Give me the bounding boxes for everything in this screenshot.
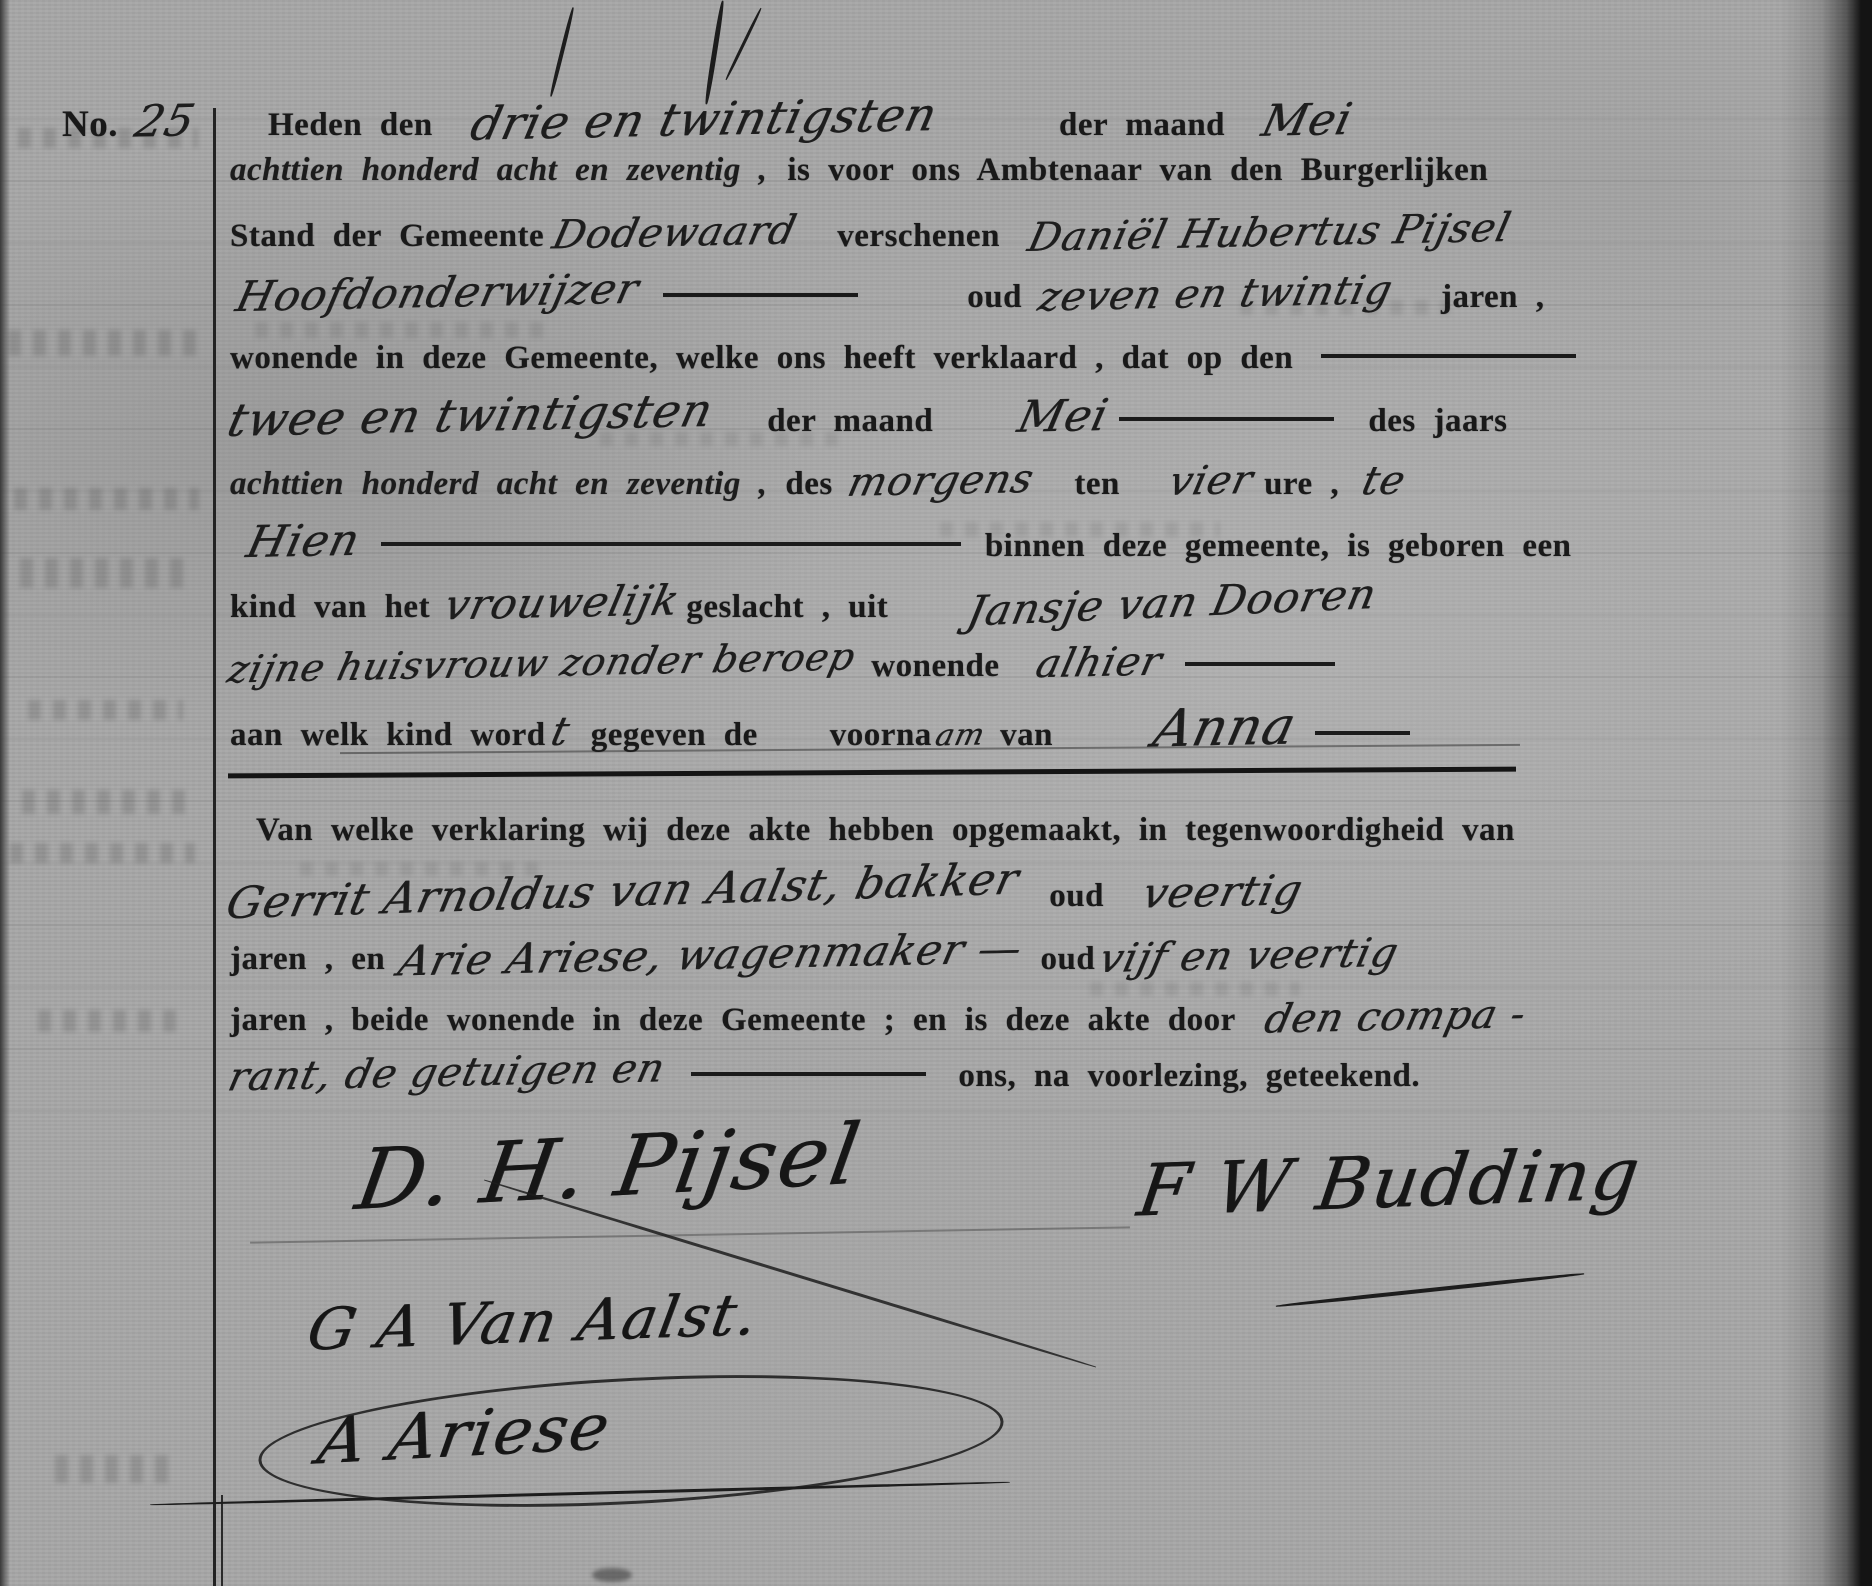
filler-dash [1321,354,1576,358]
act-line-3: Stand der Gemeente Dodewaard verschenen … [230,210,1509,256]
entry-child-name: Anna [1148,697,1302,760]
printed-wonende: wonende [871,648,999,684]
entry-birth-month: Mei [1013,390,1113,443]
bleedthrough-smudge [38,1010,188,1032]
entry-child-gender: vrouwelijk [440,576,685,630]
scanned-birth-record-page: No. 25 Heden den drie en twintigsten der… [0,0,1872,1586]
preprinted-year: achttien honderd acht en zeventig , [230,152,767,188]
printed-oud-2: oud [1049,878,1104,914]
printed-voorlezing-clause: ons, na voorlezing, geteekend. [958,1058,1420,1094]
printed-des: des [785,466,832,502]
filler-dash [1315,731,1410,735]
printed-jaren: jaren , [1441,279,1545,315]
printed-verschenen: verschenen [837,218,1000,254]
printed-wonende-clause: wonende in deze Gemeente, welke ons heef… [230,340,1293,376]
printed-der-maand: der maand [1059,107,1225,143]
filler-dash [381,542,961,546]
entry-witness2-age: vijf en veertig [1095,930,1403,982]
bleedthrough-smudge [55,1455,175,1483]
filler-dash [691,1072,926,1076]
printed-binnen-clause: binnen deze gemeente, is geboren een [985,528,1572,564]
printed-oud-3: oud [1041,941,1096,977]
preprinted-year-2: achttien honderd acht en zeventig , [230,466,767,502]
margin-divider-line [213,108,216,1586]
entry-witness1-name-occupation: Gerrit Arnoldus van Aalst, bakker [222,854,1024,930]
entry-birth-day: twee en twintigsten [223,383,719,447]
bleedthrough-smudge [255,322,555,338]
printed-der-maand-2: der maand [767,403,933,439]
pen-flourish [725,7,763,80]
act-line-5: wonende in deze Gemeente, welke ons heef… [230,340,1576,377]
printed-aan-welk-kind: aan welk kind word [230,717,546,753]
bleedthrough-smudge [14,488,199,510]
filler-dash [1185,662,1335,666]
entry-witness2-name-occupation: Arie Ariese, wagenmaker — [394,924,1028,986]
filler-dash [663,293,858,297]
entry-letter-t: t [546,709,574,755]
ink-blot [592,1568,632,1582]
printed-verklaring-clause: Van welke verklaring wij deze akte hebbe… [256,812,1515,848]
entry-birth-place: Hien [242,515,365,568]
printed-des-jaars: des jaars [1368,403,1507,439]
entry-witness1-age: veertig [1138,865,1308,917]
entry-den-comparant-1: den compa - [1260,991,1531,1042]
signature-registrar: F W Budding [1133,1131,1646,1232]
entry-declarant-age: zeven en twintig [1034,267,1397,320]
entry-birth-hour: vier [1164,457,1257,505]
act-line-1: Heden den drie en twintigsten der maand … [268,92,1351,146]
act-line-14: jaren , en Arie Ariese, wagenmaker — oud… [230,930,1397,979]
printed-geslacht-uit: geslacht , uit [686,589,888,625]
act-line-8: Hien binnen deze gemeente, is geboren ee… [248,516,1571,567]
entry-declarant-occupation: Hoofdonderwijzer [231,264,643,321]
entry-record-day: drie en twintigsten [465,87,942,151]
act-line-12: Van welke verklaring wij deze akte hebbe… [256,812,1515,849]
entry-mother-name: Jansje van Dooren [963,569,1381,636]
printed-gegeven-de: gegeven de [591,717,758,753]
pen-flourish [549,7,575,97]
printed-ure: ure , [1264,466,1339,502]
section-separator-rule [228,767,1516,779]
bleedthrough-smudge [8,330,203,356]
right-page-edge-shadow [1780,0,1872,1586]
entry-municipality: Dodewaard [548,207,801,258]
entry-record-month: Mei [1257,94,1357,147]
signature-underline-flourish [1276,1272,1585,1308]
signature-declarant: D. H. Pijsel [350,1105,868,1229]
printed-jaren-en: jaren , en [230,941,385,977]
filler-dash [1119,417,1334,421]
act-line-15: jaren , beide wonende in deze Gemeente ;… [230,994,1525,1040]
act-line-4: Hoofdonderwijzer oud zeven en twintig ja… [238,268,1545,317]
entry-te: te [1358,458,1410,505]
no-label: No. [62,104,118,145]
entry-mother-residence: alhier [1032,639,1167,688]
printed-ambtenaar-clause: is voor ons Ambtenaar van den Burgerlijk… [787,152,1488,188]
act-line-6: twee en twintigsten der maand Mei des ja… [230,388,1507,442]
entry-daypart: morgens [843,456,1038,506]
signature-witness1: G A Van Aalst. [302,1280,764,1364]
bleedthrough-smudge [10,843,195,863]
act-line-16: rant, de getuigen en ons, na voorlezing,… [230,1050,1420,1096]
act-line-9: kind van het vrouwelijk geslacht , uit J… [230,578,1374,627]
bleedthrough-smudge [20,558,190,588]
entry-den-comparant-2: rant, de getuigen en [224,1045,670,1100]
printed-beide-wonende-clause: jaren , beide wonende in deze Gemeente ;… [230,1002,1236,1038]
entry-mother-status: zijne huisvrouw zonder beroep [223,634,859,691]
printed-stand-der-gemeente: Stand der Gemeente [230,218,544,254]
pen-flourish [704,0,725,104]
bleedthrough-smudge [22,790,197,814]
left-page-edge [0,0,10,1586]
printed-kind-van-het: kind van het [230,589,430,625]
bleedthrough-smudge [28,700,183,720]
printed-ten: ten [1074,466,1120,502]
act-number-block: No. 25 [62,96,194,147]
act-line-7: achttien honderd acht en zeventig , des … [230,458,1405,504]
act-line-13: Gerrit Arnoldus van Aalst, bakker oud ve… [230,866,1302,917]
entry-declarant-name: Daniël Hubertus Pijsel [1023,205,1515,261]
act-line-10: zijne huisvrouw zonder beroep wonende al… [230,640,1335,686]
margin-divider-line-bottom [221,1495,223,1586]
act-number: 25 [130,95,200,147]
printed-oud: oud [967,279,1022,315]
printed-heden-den: Heden den [268,107,433,143]
act-line-2: achttien honderd acht en zeventig , is v… [230,152,1488,189]
